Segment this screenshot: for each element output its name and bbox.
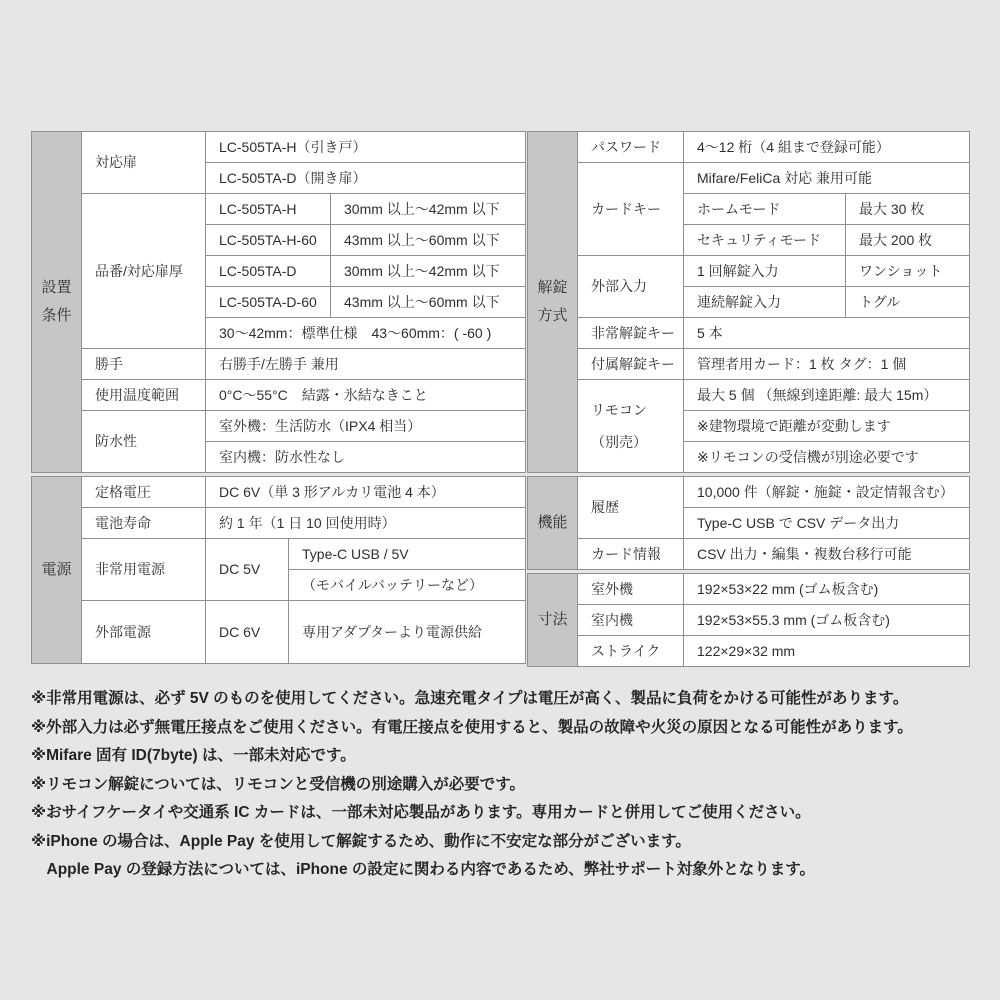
table-row: 電池寿命 約 1 年（1 日 10 回使用時）	[32, 508, 526, 539]
strike-label: ストライク	[578, 636, 684, 667]
remote-value-1: 最大 5 個 （無線到達距離: 最大 15m）	[684, 380, 970, 411]
waterproof-value-1: 室外機：生活防水（IPX4 相当）	[206, 411, 526, 442]
card-security-max: 最大 200 枚	[846, 225, 970, 256]
table-row: 設置 条件 対応扉 LC-505TA-H（引き戸）	[32, 132, 526, 163]
table-row: 品番/対応扉厚 LC-505TA-H 30mm 以上〜42mm 以下	[32, 194, 526, 225]
external-input-continuous-mode: トグル	[846, 287, 970, 318]
door-type-value-1: LC-505TA-H（引き戸）	[206, 132, 526, 163]
table-row: 付属解錠キー 管理者用カード：1 枚 タグ：1 個	[528, 349, 970, 380]
table-row: 外部入力 1 回解錠入力 ワンショット	[528, 256, 970, 287]
model-thickness-range: 30mm 以上〜42mm 以下	[331, 194, 526, 225]
section-header-power: 電源	[32, 477, 82, 664]
emergency-key-value: 5 本	[684, 318, 970, 349]
outdoor-unit-label: 室外機	[578, 574, 684, 605]
indoor-unit-label: 室内機	[578, 605, 684, 636]
installation-table: 設置 条件 対応扉 LC-505TA-H（引き戸） LC-505TA-D（開き扉…	[31, 131, 526, 473]
remote-value-2: ※建物環境で距離が変動します	[684, 411, 970, 442]
emergency-power-voltage: DC 5V	[206, 539, 289, 601]
card-security-mode: セキュリティモード	[684, 225, 846, 256]
model-thickness-range: 43mm 以上〜60mm 以下	[331, 225, 526, 256]
password-value: 4〜12 桁（4 組まで登録可能）	[684, 132, 970, 163]
dimensions-table: 寸法 室外機 192×53×22 mm (ゴム板含む) 室内機 192×53×5…	[527, 573, 970, 667]
battery-life-value: 約 1 年（1 日 10 回使用時）	[206, 508, 526, 539]
remote-label: リモコン （別売）	[578, 380, 684, 473]
power-table: 電源 定格電圧 DC 6V（単 3 形アルカリ電池 4 本） 電池寿命 約 1 …	[31, 476, 526, 664]
door-type-value-2: LC-505TA-D（開き扉）	[206, 163, 526, 194]
table-row: 使用温度範囲 0°C〜55°C 結露・氷結なきこと	[32, 380, 526, 411]
rated-voltage-value: DC 6V（単 3 形アルカリ電池 4 本）	[206, 477, 526, 508]
handing-label: 勝手	[82, 349, 206, 380]
emergency-key-label: 非常解錠キー	[578, 318, 684, 349]
external-power-value: 専用アダプターより電源供給	[289, 601, 526, 664]
history-value-1: 10,000 件（解錠・施錠・設定情報含む）	[684, 477, 970, 508]
table-row: 電源 定格電圧 DC 6V（単 3 形アルカリ電池 4 本）	[32, 477, 526, 508]
card-info-label: カード情報	[578, 539, 684, 570]
spec-sheet: 設置 条件 対応扉 LC-505TA-H（引き戸） LC-505TA-D（開き扉…	[0, 0, 1000, 1000]
table-row: リモコン （別売） 最大 5 個 （無線到達距離: 最大 15m）	[528, 380, 970, 411]
external-power-voltage: DC 6V	[206, 601, 289, 664]
function-table: 機能 履歴 10,000 件（解錠・施錠・設定情報含む） Type-C USB …	[527, 476, 970, 570]
model-note: 30〜42mm：標準仕様 43〜60mm：( -60 )	[206, 318, 526, 349]
emergency-power-value-2: （モバイルバッテリーなど）	[289, 570, 526, 601]
right-column: 解錠 方式 パスワード 4〜12 桁（4 組まで登録可能） カードキー Mifa…	[527, 131, 969, 667]
table-row: 外部電源 DC 6V 専用アダプターより電源供給	[32, 601, 526, 664]
table-row: カードキー Mifare/FeliCa 対応 兼用可能	[528, 163, 970, 194]
model-name: LC-505TA-H-60	[206, 225, 331, 256]
waterproof-label: 防水性	[82, 411, 206, 473]
external-input-single-mode: ワンショット	[846, 256, 970, 287]
table-row: 勝手 右勝手/左勝手 兼用	[32, 349, 526, 380]
waterproof-value-2: 室内機：防水性なし	[206, 442, 526, 473]
external-input-continuous: 連続解錠入力	[684, 287, 846, 318]
footnote: ※非常用電源は、必ず 5V のものを使用してください。急速充電タイプは電圧が高く…	[31, 685, 996, 714]
model-name: LC-505TA-H	[206, 194, 331, 225]
external-input-label: 外部入力	[578, 256, 684, 318]
card-key-label: カードキー	[578, 163, 684, 256]
unlock-method-table: 解錠 方式 パスワード 4〜12 桁（4 組まで登録可能） カードキー Mifa…	[527, 131, 970, 473]
card-home-max: 最大 30 枚	[846, 194, 970, 225]
table-row: 非常解錠キー 5 本	[528, 318, 970, 349]
footnote: ※iPhone の場合は、Apple Pay を使用して解錠するため、動作に不安…	[31, 828, 996, 857]
temperature-value: 0°C〜55°C 結露・氷結なきこと	[206, 380, 526, 411]
card-info-value: CSV 出力・編集・複数台移行可能	[684, 539, 970, 570]
handing-value: 右勝手/左勝手 兼用	[206, 349, 526, 380]
battery-life-label: 電池寿命	[82, 508, 206, 539]
section-header-function: 機能	[528, 477, 578, 570]
section-header-unlock: 解錠 方式	[528, 132, 578, 473]
card-home-mode: ホームモード	[684, 194, 846, 225]
password-label: パスワード	[578, 132, 684, 163]
footnote: ※Mifare 固有 ID(7byte) は、一部未対応です。	[31, 742, 996, 771]
emergency-power-value-1: Type-C USB / 5V	[289, 539, 526, 570]
footnote: ※おサイフケータイや交通系 IC カードは、一部未対応製品があります。専用カード…	[31, 799, 996, 828]
footnotes: ※非常用電源は、必ず 5V のものを使用してください。急速充電タイプは電圧が高く…	[31, 685, 996, 885]
emergency-power-label: 非常用電源	[82, 539, 206, 601]
attached-key-value: 管理者用カード：1 枚 タグ：1 個	[684, 349, 970, 380]
rated-voltage-label: 定格電圧	[82, 477, 206, 508]
section-header-installation: 設置 条件	[32, 132, 82, 473]
table-row: 機能 履歴 10,000 件（解錠・施錠・設定情報含む）	[528, 477, 970, 508]
external-input-single: 1 回解錠入力	[684, 256, 846, 287]
table-row: 解錠 方式 パスワード 4〜12 桁（4 組まで登録可能）	[528, 132, 970, 163]
history-value-2: Type-C USB で CSV データ出力	[684, 508, 970, 539]
history-label: 履歴	[578, 477, 684, 539]
table-row: カード情報 CSV 出力・編集・複数台移行可能	[528, 539, 970, 570]
table-row: ストライク 122×29×32 mm	[528, 636, 970, 667]
model-name: LC-505TA-D	[206, 256, 331, 287]
remote-value-3: ※リモコンの受信機が別途必要です	[684, 442, 970, 473]
door-type-label: 対応扉	[82, 132, 206, 194]
strike-value: 122×29×32 mm	[684, 636, 970, 667]
attached-key-label: 付属解錠キー	[578, 349, 684, 380]
footnote: ※リモコン解錠については、リモコンと受信機の別途購入が必要です。	[31, 771, 996, 800]
footnote: ※外部入力は必ず無電圧接点をご使用ください。有電圧接点を使用すると、製品の故障や…	[31, 714, 996, 743]
temperature-label: 使用温度範囲	[82, 380, 206, 411]
spec-tables: 設置 条件 対応扉 LC-505TA-H（引き戸） LC-505TA-D（開き扉…	[31, 131, 969, 667]
footnote: Apple Pay の登録方法については、iPhone の設定に関わる内容である…	[31, 856, 996, 885]
table-row: 室内機 192×53×55.3 mm (ゴム板含む)	[528, 605, 970, 636]
external-power-label: 外部電源	[82, 601, 206, 664]
model-thickness-range: 43mm 以上〜60mm 以下	[331, 287, 526, 318]
model-thickness-label: 品番/対応扉厚	[82, 194, 206, 349]
outdoor-unit-value: 192×53×22 mm (ゴム板含む)	[684, 574, 970, 605]
indoor-unit-value: 192×53×55.3 mm (ゴム板含む)	[684, 605, 970, 636]
table-row: 非常用電源 DC 5V Type-C USB / 5V	[32, 539, 526, 570]
model-name: LC-505TA-D-60	[206, 287, 331, 318]
card-key-compat: Mifare/FeliCa 対応 兼用可能	[684, 163, 970, 194]
table-row: 寸法 室外機 192×53×22 mm (ゴム板含む)	[528, 574, 970, 605]
model-thickness-range: 30mm 以上〜42mm 以下	[331, 256, 526, 287]
table-row: 防水性 室外機：生活防水（IPX4 相当）	[32, 411, 526, 442]
section-header-dimensions: 寸法	[528, 574, 578, 667]
left-column: 設置 条件 対応扉 LC-505TA-H（引き戸） LC-505TA-D（開き扉…	[31, 131, 525, 664]
